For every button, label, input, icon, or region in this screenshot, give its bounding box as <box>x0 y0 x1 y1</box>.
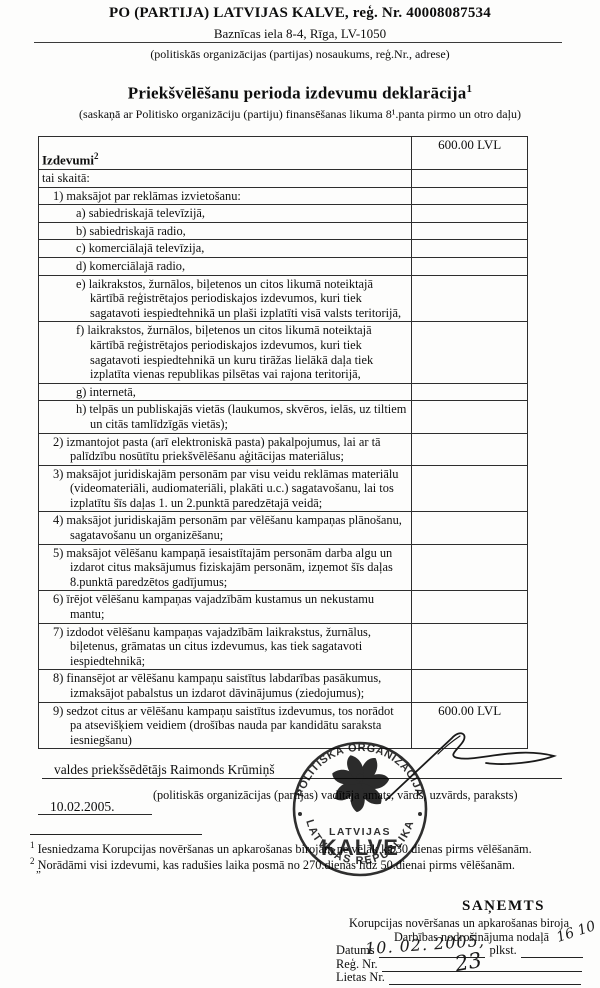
expense-row: 3) maksājot juridiskajām personām par vi… <box>39 465 528 512</box>
expense-row-value <box>412 383 528 401</box>
lietas-blank-line <box>389 971 581 985</box>
expense-row-label: h) telpās un publiskajās vietās (laukumo… <box>39 401 412 433</box>
plkst-label: plkst. <box>490 943 517 958</box>
expense-row: b) sabiedriskajā radio, <box>39 222 528 240</box>
stamp-center-line2: KALVE <box>321 835 399 860</box>
expense-row-label: 3) maksājot juridiskajām personām par vi… <box>39 465 412 512</box>
stamp-right-dot <box>418 812 422 816</box>
received-title: SAŅEMTS <box>462 898 545 915</box>
expense-row-label: e) laikrakstos, žurnālos, biļetenos un c… <box>39 275 412 322</box>
plkst-blank-line <box>521 944 583 958</box>
expense-row: a) sabiedriskajā televīzijā, <box>39 205 528 223</box>
expense-row: f) laikrakstos, žurnālos, biļetenos un c… <box>39 322 528 383</box>
letterhead: PO (PARTIJA) LATVIJAS KALVE, reģ. Nr. 40… <box>0 5 600 42</box>
organization-address: Baznīcas iela 8-4, Rīga, LV-1050 <box>0 26 600 42</box>
expense-row-value <box>412 322 528 383</box>
expense-row-value <box>412 544 528 591</box>
expense-row-value <box>412 670 528 702</box>
title-footnote-ref: 1 <box>466 83 472 95</box>
expense-table-body: Izdevumi2 600.00 LVL tai skaitā:1) maksā… <box>39 137 528 749</box>
received-line1: Korupcijas novēršanas un apkarošanas bir… <box>349 916 569 931</box>
expense-table: Izdevumi2 600.00 LVL tai skaitā:1) maksā… <box>38 136 528 749</box>
expense-row: e) laikrakstos, žurnālos, biļetenos un c… <box>39 275 528 322</box>
expense-row-value <box>412 623 528 670</box>
expense-row-label: f) laikrakstos, žurnālos, biļetenos un c… <box>39 322 412 383</box>
signature-flourish <box>368 724 568 806</box>
expense-row-value <box>412 433 528 465</box>
expense-row-value <box>412 222 528 240</box>
expense-row-label: d) komerciālajā radio, <box>39 257 412 275</box>
expense-row: d) komerciālajā radio, <box>39 257 528 275</box>
declaration-document: PO (PARTIJA) LATVIJAS KALVE, reģ. Nr. 40… <box>0 0 600 988</box>
expense-row: tai skaitā: <box>39 170 528 188</box>
footnote-rule <box>30 834 202 835</box>
footnote-1-ref: 1 <box>30 840 35 850</box>
signatory-name: valdes priekšsēdētājs Raimonds Krūmiņš <box>42 762 275 777</box>
expense-row-value <box>412 240 528 258</box>
expense-header-label: Izdevumi2 <box>39 137 412 170</box>
document-subtitle: (saskaņā ar Politisko organizāciju (part… <box>0 107 600 122</box>
expense-table-wrap: Izdevumi2 600.00 LVL tai skaitā:1) maksā… <box>38 136 528 749</box>
expense-header-row: Izdevumi2 600.00 LVL <box>39 137 528 170</box>
expense-row-label: 2) izmantojot pasta (arī elektroniskā pa… <box>39 433 412 465</box>
signature-stroke-2 <box>438 736 460 754</box>
expense-header-footnote-ref: 2 <box>94 151 99 161</box>
footnote-2-text: Norādāmi visi izdevumi, kas radušies lai… <box>38 858 515 872</box>
expense-row-label: g) internetā, <box>39 383 412 401</box>
expense-row-value <box>412 401 528 433</box>
footnote-2: 2 Norādāmi visi izdevumi, kas radušies l… <box>30 856 515 873</box>
handwritten-reg-number: 23 <box>453 948 483 976</box>
expense-row-value <box>412 205 528 223</box>
expense-header-label-text: Izdevumi <box>42 152 94 167</box>
expense-row-label: 6) īrējot vēlēšanu kampaņas vajadzībām k… <box>39 591 412 623</box>
expense-row: 8) finansējot ar vēlēšanu kampaņu saistī… <box>39 670 528 702</box>
signature-date: 10.02.2005. <box>38 799 152 815</box>
expense-row-value <box>412 465 528 512</box>
stray-scan-mark: ” <box>36 869 41 881</box>
expense-row-label: 8) finansējot ar vēlēšanu kampaņu saistī… <box>39 670 412 702</box>
footnote-1-text: Iesniedzama Korupcijas novēršanas un apk… <box>38 842 532 856</box>
expense-row: 2) izmantojot pasta (arī elektroniskā pa… <box>39 433 528 465</box>
lietas-nr-label: Lietas Nr. <box>336 970 385 985</box>
expense-row-label: 1) maksājot par reklāmas izvietošanu: <box>39 187 412 205</box>
expense-row-value <box>412 275 528 322</box>
signature-stroke <box>386 733 554 800</box>
expense-row: 5) maksājot vēlēšanu kampaņā iesaistītaj… <box>39 544 528 591</box>
expense-row: c) komerciālajā televīzija, <box>39 240 528 258</box>
expense-row-value <box>412 257 528 275</box>
expense-row-label: tai skaitā: <box>39 170 412 188</box>
expense-row-value <box>412 591 528 623</box>
expense-row-label: b) sabiedriskajā radio, <box>39 222 412 240</box>
expense-row: g) internetā, <box>39 383 528 401</box>
document-title: Priekšvēlēšanu perioda izdevumu deklarāc… <box>0 83 600 104</box>
expense-header-value: 600.00 LVL <box>412 137 528 170</box>
expense-row-value <box>412 187 528 205</box>
expense-row: 6) īrējot vēlēšanu kampaņas vajadzībām k… <box>39 591 528 623</box>
document-title-text: Priekšvēlēšanu perioda izdevumu deklarāc… <box>128 84 467 103</box>
organization-name: PO (PARTIJA) LATVIJAS KALVE, reģ. Nr. 40… <box>0 5 600 22</box>
expense-row: h) telpās un publiskajās vietās (laukumo… <box>39 401 528 433</box>
expense-row-value <box>412 170 528 188</box>
expense-row-value <box>412 512 528 544</box>
letterhead-caption: (politiskās organizācijas (partijas) nos… <box>0 47 600 62</box>
footnote-1: 1 Iesniedzama Korupcijas novēršanas un a… <box>30 840 532 857</box>
expense-row: 7) izdodot vēlēšanu kampaņas vajadzībām … <box>39 623 528 670</box>
expense-row: 1) maksājot par reklāmas izvietošanu: <box>39 187 528 205</box>
letterhead-rule <box>34 42 562 43</box>
stamp-left-dot <box>298 812 302 816</box>
title-block: Priekšvēlēšanu perioda izdevumu deklarāc… <box>0 83 600 122</box>
footnote-2-ref: 2 <box>30 856 35 866</box>
expense-row: 4) maksājot juridiskajām personām par vē… <box>39 512 528 544</box>
expense-row-label: 4) maksājot juridiskajām personām par vē… <box>39 512 412 544</box>
expense-row-label: 7) izdodot vēlēšanu kampaņas vajadzībām … <box>39 623 412 670</box>
expense-row-label: 5) maksājot vēlēšanu kampaņā iesaistītaj… <box>39 544 412 591</box>
expense-row-label: c) komerciālajā televīzija, <box>39 240 412 258</box>
expense-row-label: a) sabiedriskajā televīzijā, <box>39 205 412 223</box>
